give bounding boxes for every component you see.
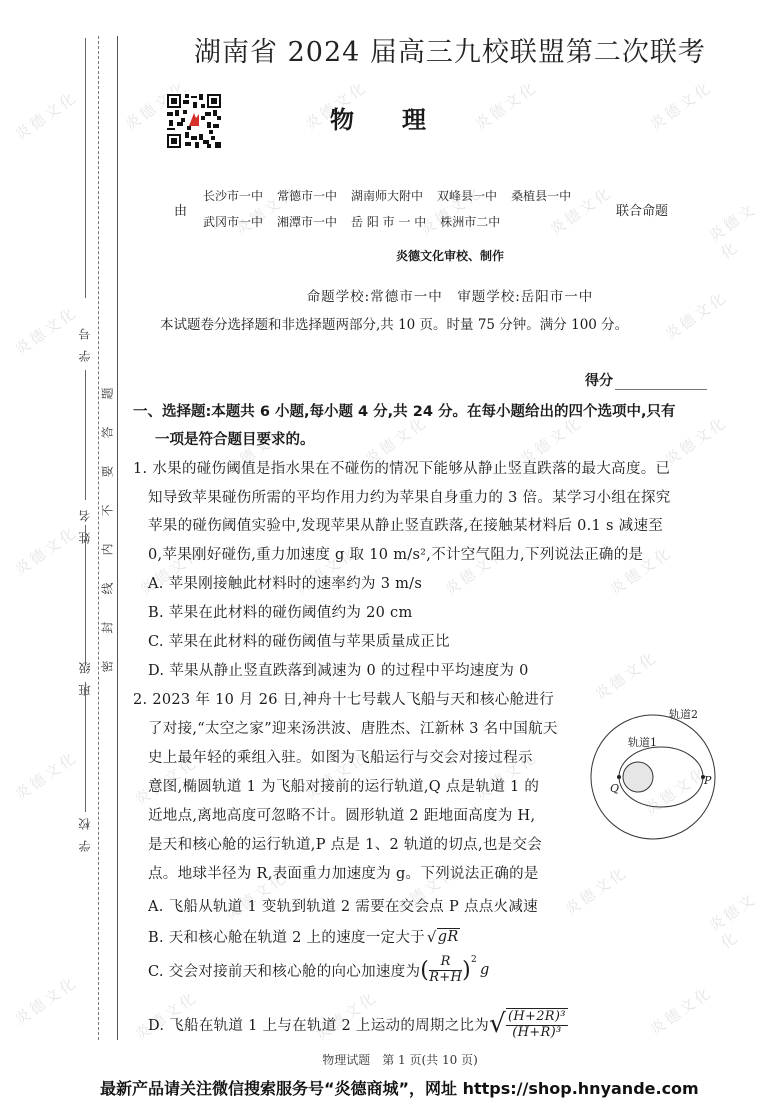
q2-option-a[interactable]: A. 飞船从轨道 1 变轨到轨道 2 需要在交会点 P 点点火减速 [148,895,538,916]
fraction: R R+H [429,955,462,986]
fraction-numerator: (H+2R)³ [506,1010,568,1026]
paren-open: ( [420,958,429,983]
watermark: 炎德文化 [10,521,81,580]
q1-option-d[interactable]: D. 苹果从静止竖直跌落到减速为 0 的过程中平均速度为 0 [148,659,529,680]
qr-code-icon[interactable] [165,92,223,150]
margin-solid-line [117,36,118,1040]
q1-stem-line: 0,苹果刚好碰伤,重力加速度 g 取 10 m/s²,不计空气阻力,下列说法正确… [148,543,643,564]
school-name: 湘潭市一中 [277,213,337,230]
seal-char: 题 [94,387,121,399]
fraction-denominator: (H+R)³ [506,1026,568,1041]
fraction-denominator: R+H [429,971,462,986]
seal-char: 要 [94,465,121,477]
fraction-numerator: R [429,955,462,971]
orbit1-label: 轨道1 [628,735,657,749]
exam-instructions: 本试题卷分选择题和非选择题两部分,共 10 页。时量 75 分钟。满分 100 … [160,313,628,333]
watermark: 炎德文化 [560,861,631,920]
producer-line: 炎德文化审校、制作 [160,247,740,264]
option-text: B. 天和核心舱在轨道 2 上的速度一定大于 [148,926,425,947]
schools-row-1: 长沙市一中 常德市一中 湖南师大附中 双峰县一中 桑植县一中 [203,187,571,204]
watermark: 炎德文化 [10,86,81,145]
seal-warning: 密 封 线 内 不 要 答 题 [101,380,115,680]
school-name: 株洲市二中 [440,213,500,230]
school-name: 长沙市一中 [203,187,263,204]
q2-stem-line: 了对接,“太空之家”迎来汤洪波、唐胜杰、江新林 3 名中国航天 [148,717,558,738]
orbit2-label: 轨道2 [669,707,698,721]
school-name: 湖南师大附中 [351,187,423,204]
orbit-diagram: 轨道2 轨道1 Q P [580,690,730,850]
page-footer: 物理试题 第 1 页(共 10 页) [100,1051,700,1068]
section-heading: 一、选择题:本题共 6 小题,每小题 4 分,共 24 分。在每小题给出的四个选… [133,400,723,421]
q1-stem-line: 1. 水果的碰伤阈值是指水果在不碰伤的情况下能够从静止竖直跌落的最大高度。已 [133,457,670,478]
q2-stem-line: 意图,椭圆轨道 1 为飞船对接前的运行轨道,Q 点是轨道 1 的 [148,775,539,796]
watermark: 炎德文化 [470,76,541,135]
subject-title: 物理 [330,100,474,135]
q1-stem-line: 知导致苹果碰伤所需的平均作用力约为苹果自身重力的 3 倍。某学习小组在探究 [148,486,671,507]
school-name: 常德市一中 [277,187,337,204]
q1-option-c[interactable]: C. 苹果在此材料的碰伤阈值与苹果质量成正比 [148,630,450,651]
watermark: 炎德文化 [10,746,81,805]
school-name: 武冈市一中 [203,213,263,230]
sqrt-icon: √ [427,928,437,946]
student-id-underline[interactable] [85,370,86,500]
option-text: C. 交会对接前天和核心舱的向心加速度为 [148,960,420,981]
score-label: 得分 [585,370,613,390]
class-underline[interactable] [85,682,86,812]
schools-row-2: 武冈市一中 湘潭市一中 岳 阳 市 一 中 株洲市二中 [203,213,500,230]
joint-label: 联合命题 [616,200,668,219]
watermark: 炎德文化 [10,971,81,1030]
paren-close: ) [462,958,471,983]
watermark: 炎德文化 [10,301,81,360]
field-label-school: 学校 [76,808,93,852]
watermark: 炎德文化 [645,981,716,1040]
q1-option-b[interactable]: B. 苹果在此材料的碰伤阈值约为 20 cm [148,601,413,622]
seal-char: 线 [94,582,121,594]
point-q-label: Q [610,782,619,795]
score-field: 得分 [585,370,707,390]
section-heading-cont: 一项是符合题目要求的。 [155,428,745,449]
seal-char: 内 [94,543,121,555]
q2-stem-line: 近地点,离地高度可忽略不计。圆形轨道 2 距地面高度为 H, [148,804,535,825]
school-name: 岳 阳 市 一 中 [351,213,426,230]
promo-banner[interactable]: 最新产品请关注微信搜索服务号“炎德商城”，网址 https://shop.hny… [100,1076,699,1099]
setter-reviewer-line: 命题学校:常德市一中 审题学校:岳阳市一中 [160,285,740,305]
field-underline [85,38,86,298]
fraction: (H+2R)³ (H+R)³ [506,1008,568,1041]
exponent: 2 [471,955,477,965]
q2-option-d[interactable]: D. 飞船在轨道 1 上与在轨道 2 上运动的周期之比为 √ (H+2R)³ (… [148,1008,568,1041]
q2-option-c[interactable]: C. 交会对接前天和核心舱的向心加速度为 ( R R+H ) 2 g [148,955,490,986]
q1-option-a[interactable]: A. 苹果刚接触此材料时的速率约为 3 m/s [148,572,422,593]
schools-prefix: 由 [174,200,187,219]
name-underline[interactable] [85,525,86,665]
exam-title: 湖南省 2024 届高三九校联盟第二次联考 [120,30,780,69]
score-blank[interactable] [615,373,707,390]
watermark: 炎德文化 [704,879,780,954]
seal-char: 密 [94,660,121,672]
option-text: D. 飞船在轨道 1 上与在轨道 2 上运动的周期之比为 [148,1014,489,1035]
school-name: 双峰县一中 [437,187,497,204]
q2-option-b[interactable]: B. 天和核心舱在轨道 2 上的速度一定大于 √ gR [148,926,460,947]
seal-char: 答 [94,426,121,438]
sqrt-icon: √ [489,1011,506,1037]
option-expression: gR [437,928,460,945]
school-name: 桑植县一中 [511,187,571,204]
seal-char: 封 [94,621,121,633]
field-label-student-id: 学号 [76,318,93,362]
q2-stem-line: 是天和核心舱的运行轨道,P 点是 1、2 轨道的切点,也是交会 [148,833,542,854]
q2-stem-line: 2. 2023 年 10 月 26 日,神舟十七号载人飞船与天和核心舱进行 [133,688,554,709]
point-p-label: P [703,774,712,787]
q2-stem-line: 史上最年轻的乘组入驻。如图为飞船运行与交会对接过程示 [148,746,533,767]
q1-stem-line: 苹果的碰伤阈值实验中,发现苹果从静止竖直跌落,在接触某材料后 0.1 s 减速至 [148,514,663,535]
seal-char: 不 [94,504,121,516]
watermark: 炎德文化 [645,76,716,135]
q2-stem-line: 点。地球半径为 R,表面重力加速度为 g。下列说法正确的是 [148,862,539,883]
option-expression: g [480,962,490,978]
fold-dotted-line [98,36,99,1040]
